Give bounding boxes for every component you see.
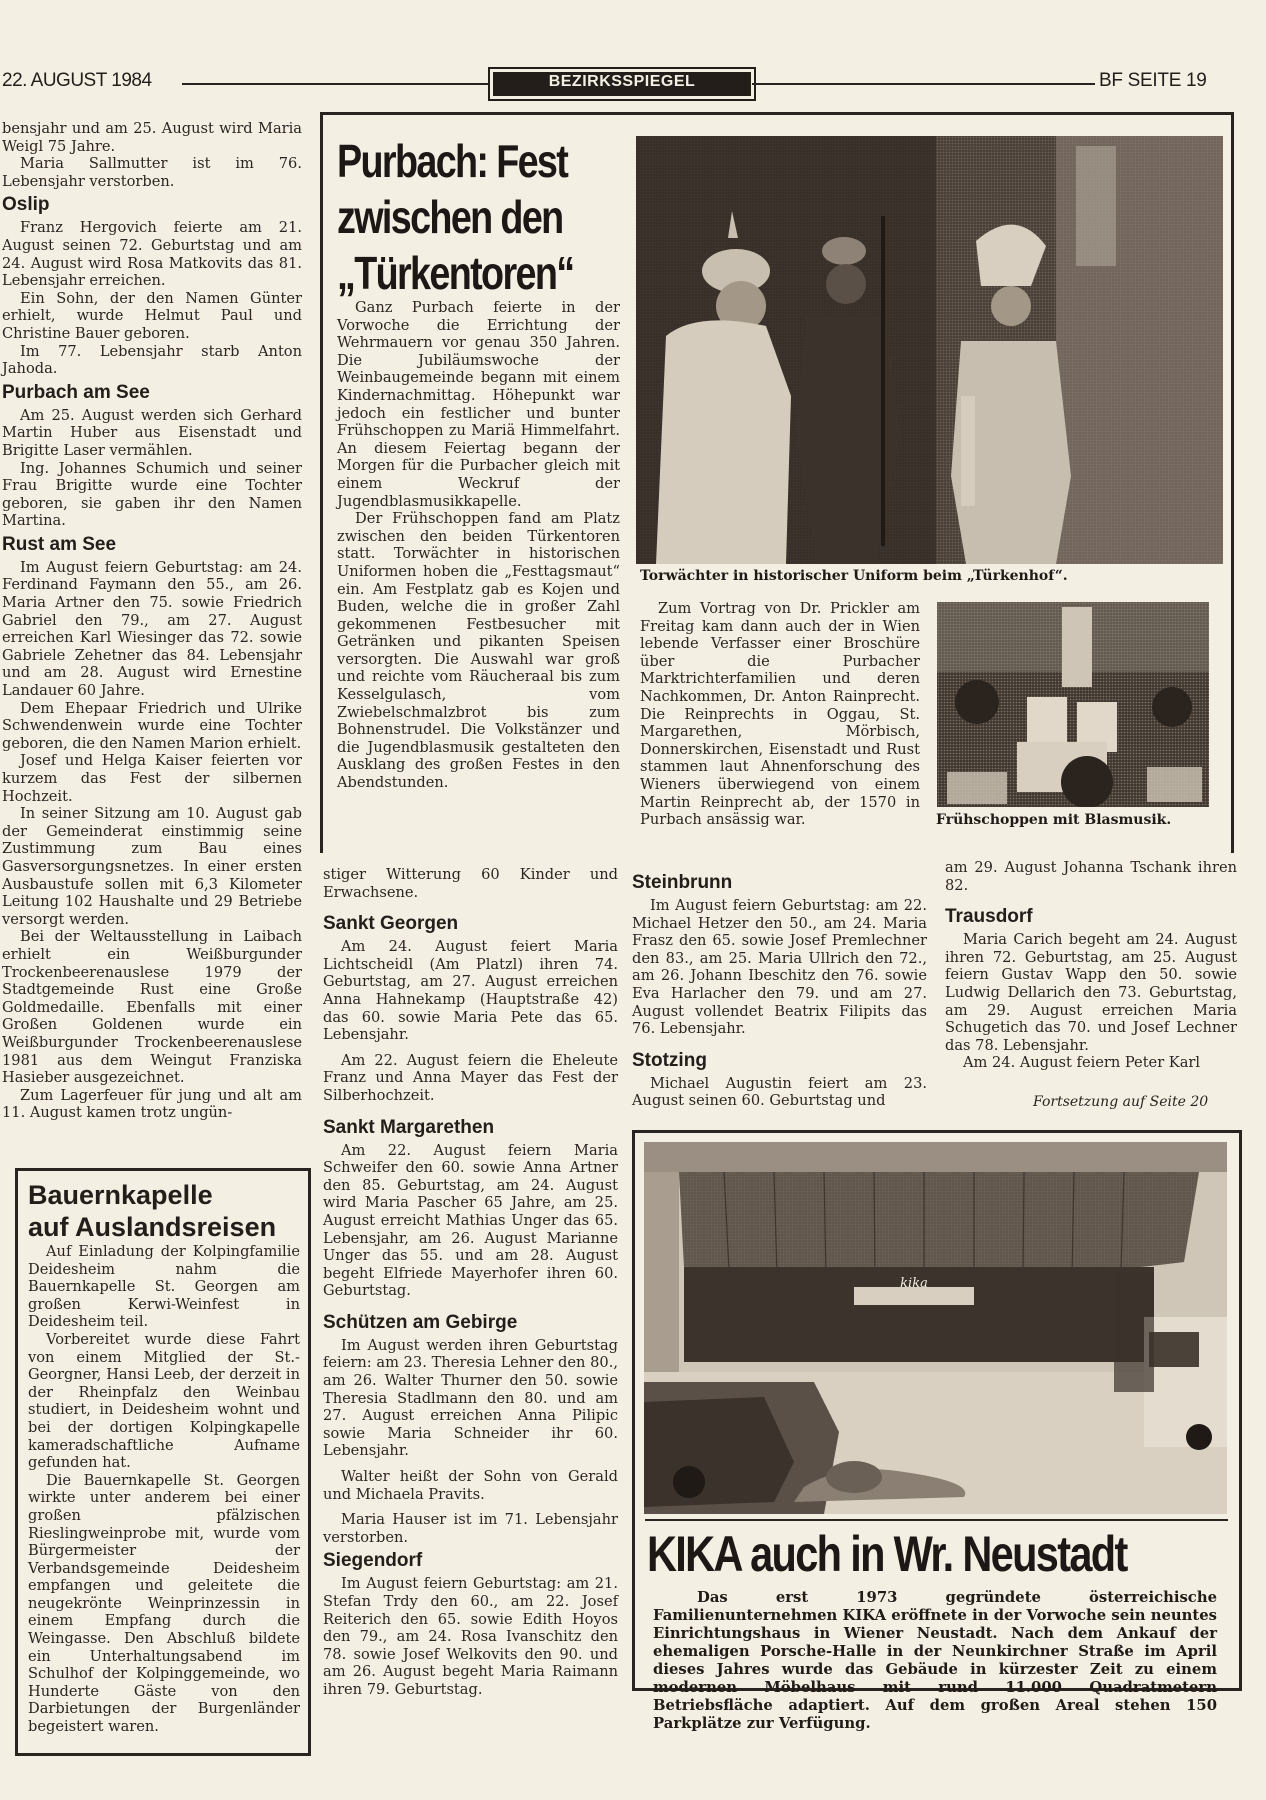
photo-kika-store: kika: [644, 1142, 1227, 1514]
issue-date: 22. AUGUST 1984: [2, 70, 152, 92]
bauernkapelle-headline: Bauernkapelle auf Auslandsreisen: [28, 1179, 300, 1243]
paragraph: Ganz Purbach feierte in der Vorwoche die…: [337, 299, 620, 510]
paragraph: Ing. Johannes Schumich und seiner Frau B…: [2, 460, 302, 530]
paragraph: Das erst 1973 gegründete österreichische…: [653, 1589, 1217, 1733]
paragraph: Walter heißt der Sohn von Gerald und Mic…: [323, 1468, 618, 1503]
feature-text-left: Ganz Purbach feierte in der Vorwoche die…: [337, 299, 620, 792]
header-rule-left: [182, 83, 488, 85]
paragraph: Zum Vortrag von Dr. Prickler am Freitag …: [640, 600, 920, 829]
section-heading-rust-am-see: Rust am See: [2, 533, 302, 557]
photo-caption-brass-band: Frühschoppen mit Blasmusik.: [936, 812, 1171, 828]
header-rule-right: [752, 83, 1095, 85]
continuation-note: Fortsetzung auf Seite 20: [1033, 1094, 1208, 1110]
paragraph: am 29. August Johanna Tschank ihren 82.: [945, 859, 1237, 894]
paragraph: Am 22. August feiern Maria Schweifer den…: [323, 1142, 618, 1300]
bauernkapelle-text: Auf Einladung der Kolpingfamilie Deidesh…: [28, 1243, 300, 1736]
photo-brass-band: [937, 602, 1209, 807]
column-4: am 29. August Johanna Tschank ihren 82. …: [945, 859, 1237, 1072]
section-badge: BEZIRKSSPIEGEL: [488, 67, 756, 101]
paragraph: Im August feiern Geburtstag: am 21. Stef…: [323, 1575, 618, 1698]
photo-caption-gatekeepers: Torwächter in historischer Uniform beim …: [640, 568, 1068, 584]
paragraph: stiger Witterung 60 Kinder und Erwachsen…: [323, 866, 618, 901]
paragraph: Am 25. August werden sich Gerhard Martin…: [2, 407, 302, 460]
photo-gatekeepers-image: [636, 136, 1223, 564]
paragraph: Im August feiern Geburtstag: am 22. Mich…: [632, 897, 927, 1038]
paragraph: Am 22. August feiern die Eheleute Franz …: [323, 1052, 618, 1105]
section-heading-schuetzen-am-gebirge: Schützen am Gebirge: [323, 1311, 618, 1335]
photo-gatekeepers: [636, 136, 1223, 564]
paragraph: Maria Carich begeht am 24. August ihren …: [945, 931, 1237, 1054]
paragraph: Dem Ehepaar Friedrich und Ulrike Schwend…: [2, 700, 302, 753]
paragraph: bensjahr und am 25. August wird Maria We…: [2, 120, 302, 155]
paragraph: Franz Hergovich feierte am 21. August se…: [2, 219, 302, 289]
paragraph: Maria Hauser ist im 71. Lebensjahr verst…: [323, 1511, 618, 1546]
column-2: stiger Witterung 60 Kinder und Erwachsen…: [323, 866, 618, 1699]
kika-text: Das erst 1973 gegründete österreichische…: [653, 1589, 1217, 1733]
paragraph: Michael Augustin feiert am 23. August se…: [632, 1075, 927, 1110]
section-heading-sankt-margarethen: Sankt Margarethen: [323, 1116, 618, 1140]
section-heading-purbach-am-see: Purbach am See: [2, 381, 302, 405]
feature-text-right: Zum Vortrag von Dr. Prickler am Freitag …: [640, 600, 920, 829]
paragraph: Am 24. August feiert Maria Lichtscheidl …: [323, 938, 618, 1044]
paragraph: Im August feiern Geburtstag: am 24. Ferd…: [2, 559, 302, 700]
paragraph: Am 24. August feiern Peter Karl: [945, 1054, 1237, 1072]
section-heading-trausdorf: Trausdorf: [945, 905, 1237, 929]
paragraph: Bei der Weltausstellung in Laibach erhie…: [2, 928, 302, 1086]
column-3: Steinbrunn Im August feiern Geburtstag: …: [632, 868, 927, 1110]
kika-article: kika KIKA auch in Wr. Neustadt Das erst …: [632, 1130, 1242, 1691]
section-heading-siegendorf: Siegendorf: [323, 1549, 618, 1573]
paragraph: Die Bauernkapelle St. Georgen wirkte unt…: [28, 1472, 300, 1736]
paragraph: Der Frühschoppen fand am Platz zwischen …: [337, 510, 620, 792]
paragraph: Vorbereitet wurde diese Fahrt von einem …: [28, 1331, 300, 1472]
paragraph: Josef und Helga Kaiser feierten vor kurz…: [2, 752, 302, 805]
bauernkapelle-article: Bauernkapelle auf Auslandsreisen Auf Ein…: [15, 1168, 311, 1756]
paragraph: In seiner Sitzung am 10. August gab der …: [2, 805, 302, 928]
store-sign: kika: [900, 1276, 928, 1291]
paragraph: Maria Sallmutter ist im 76. Lebensjahr v…: [2, 155, 302, 190]
section-heading-steinbrunn: Steinbrunn: [632, 871, 927, 895]
paragraph: Ein Sohn, der den Namen Günter erhielt, …: [2, 290, 302, 343]
paragraph: Zum Lagerfeuer für jung und alt am 11. A…: [2, 1087, 302, 1122]
paragraph: Im 77. Lebensjahr starb Anton Jahoda.: [2, 343, 302, 378]
section-heading-oslip: Oslip: [2, 193, 302, 217]
photo-brass-band-image: [937, 602, 1209, 807]
feature-headline: Purbach: Fest zwischen den „Türkentoren“: [337, 133, 575, 301]
kika-headline: KIKA auch in Wr. Neustadt: [647, 1525, 1127, 1583]
paragraph: Auf Einladung der Kolpingfamilie Deidesh…: [28, 1243, 300, 1331]
section-title: BEZIRKSSPIEGEL: [493, 72, 751, 96]
page-number: BF SEITE 19: [1099, 70, 1207, 92]
paragraph: Im August werden ihren Geburtstag feiern…: [323, 1337, 618, 1460]
photo-kika-store-image: kika: [644, 1142, 1227, 1514]
section-heading-sankt-georgen: Sankt Georgen: [323, 912, 618, 936]
column-1: bensjahr und am 25. August wird Maria We…: [2, 120, 302, 1122]
section-heading-stotzing: Stotzing: [632, 1049, 927, 1073]
